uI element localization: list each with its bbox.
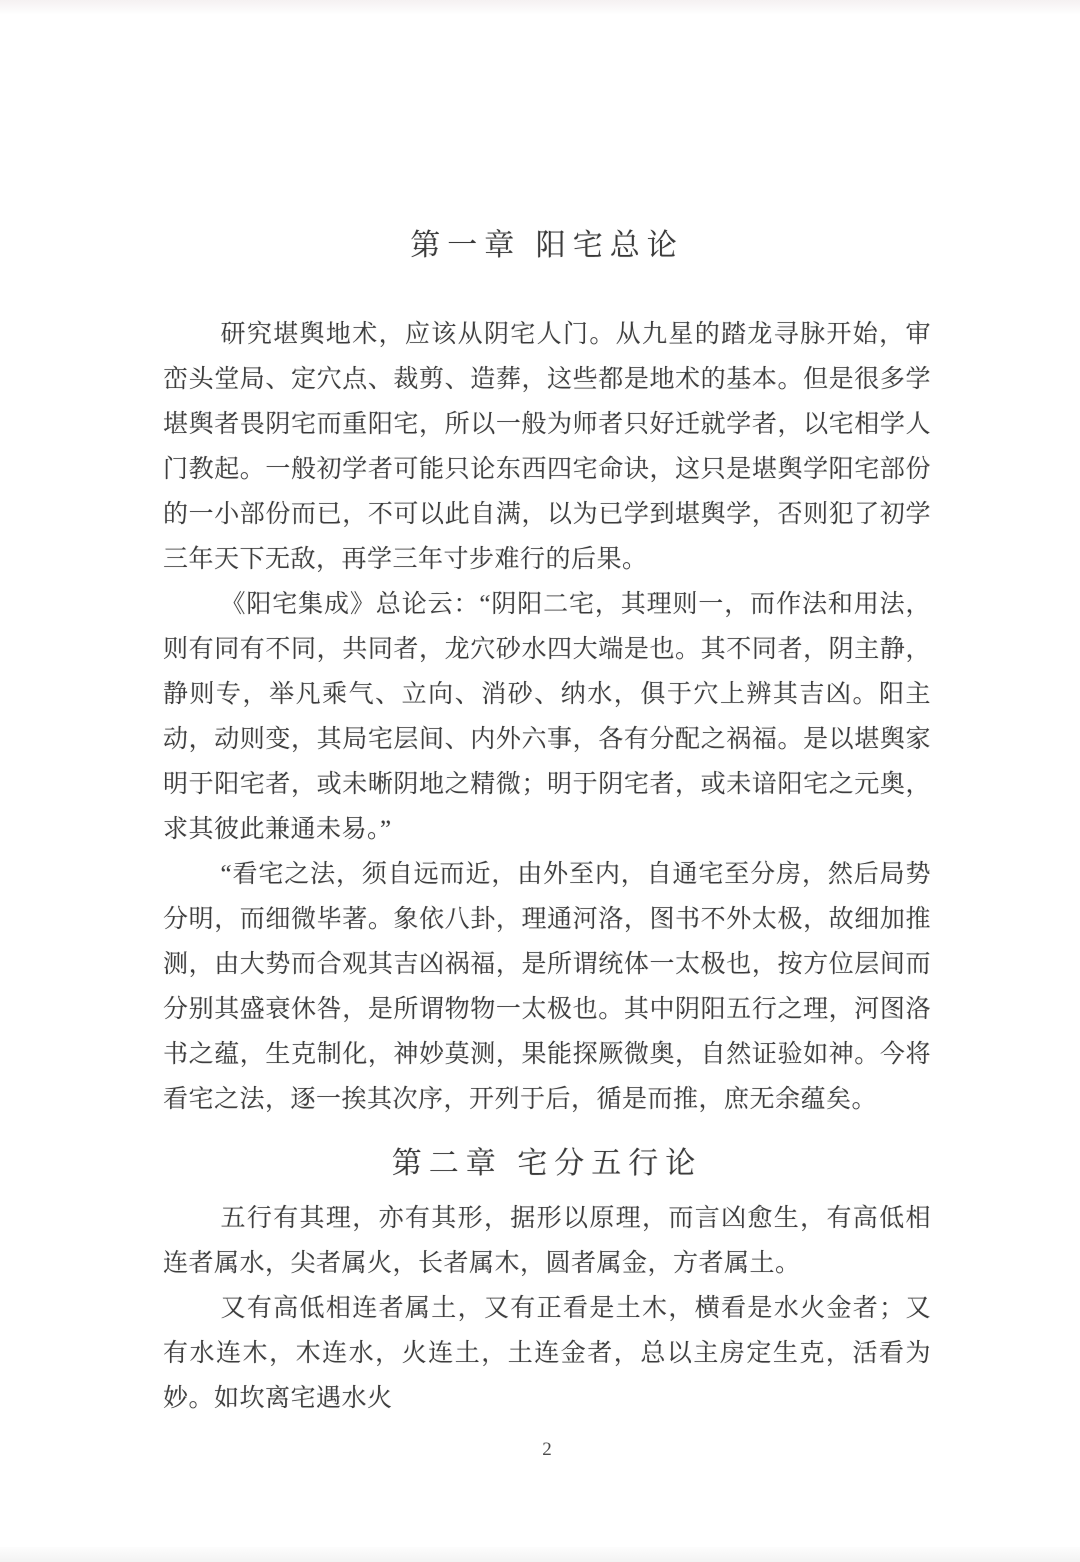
- page-content: 第一章 阳宅总论 研究堪舆地术，应该从阴宅人门。从九星的踏龙寻脉开始，审峦头堂局…: [163, 0, 931, 1461]
- chapter-one-paragraph-2: 《阳宅集成》总论云：“阴阳二宅，其理则一，而作法和用法，则有同有不同，共同者，龙…: [163, 582, 931, 852]
- page-number: 2: [163, 1439, 931, 1461]
- scanned-book-page: { "page_background": "#ffffff", "text_co…: [0, 0, 1080, 1562]
- chapter-one-paragraph-1: 研究堪舆地术，应该从阴宅人门。从九星的踏龙寻脉开始，审峦头堂局、定穴点、裁剪、造…: [163, 312, 931, 582]
- chapter-two-paragraph-1: 五行有其理，亦有其形，据形以原理，而言凶愈生，有高低相连者属水，尖者属火，长者属…: [163, 1196, 931, 1286]
- chapter-one-paragraph-3: “看宅之法，须自远而近，由外至内，自通宅至分房，然后局势分明，而细微毕著。象依八…: [163, 852, 931, 1122]
- scan-bottom-edge-shadow: [0, 1547, 1080, 1562]
- chapter-one-title: 第一章 阳宅总论: [163, 0, 931, 264]
- chapter-two-title: 第二章 宅分五行论: [163, 1146, 931, 1182]
- chapter-two-paragraph-2: 又有高低相连者属土，又有正看是土木，横看是水火金者；又有水连木，木连水，火连土，…: [163, 1286, 931, 1421]
